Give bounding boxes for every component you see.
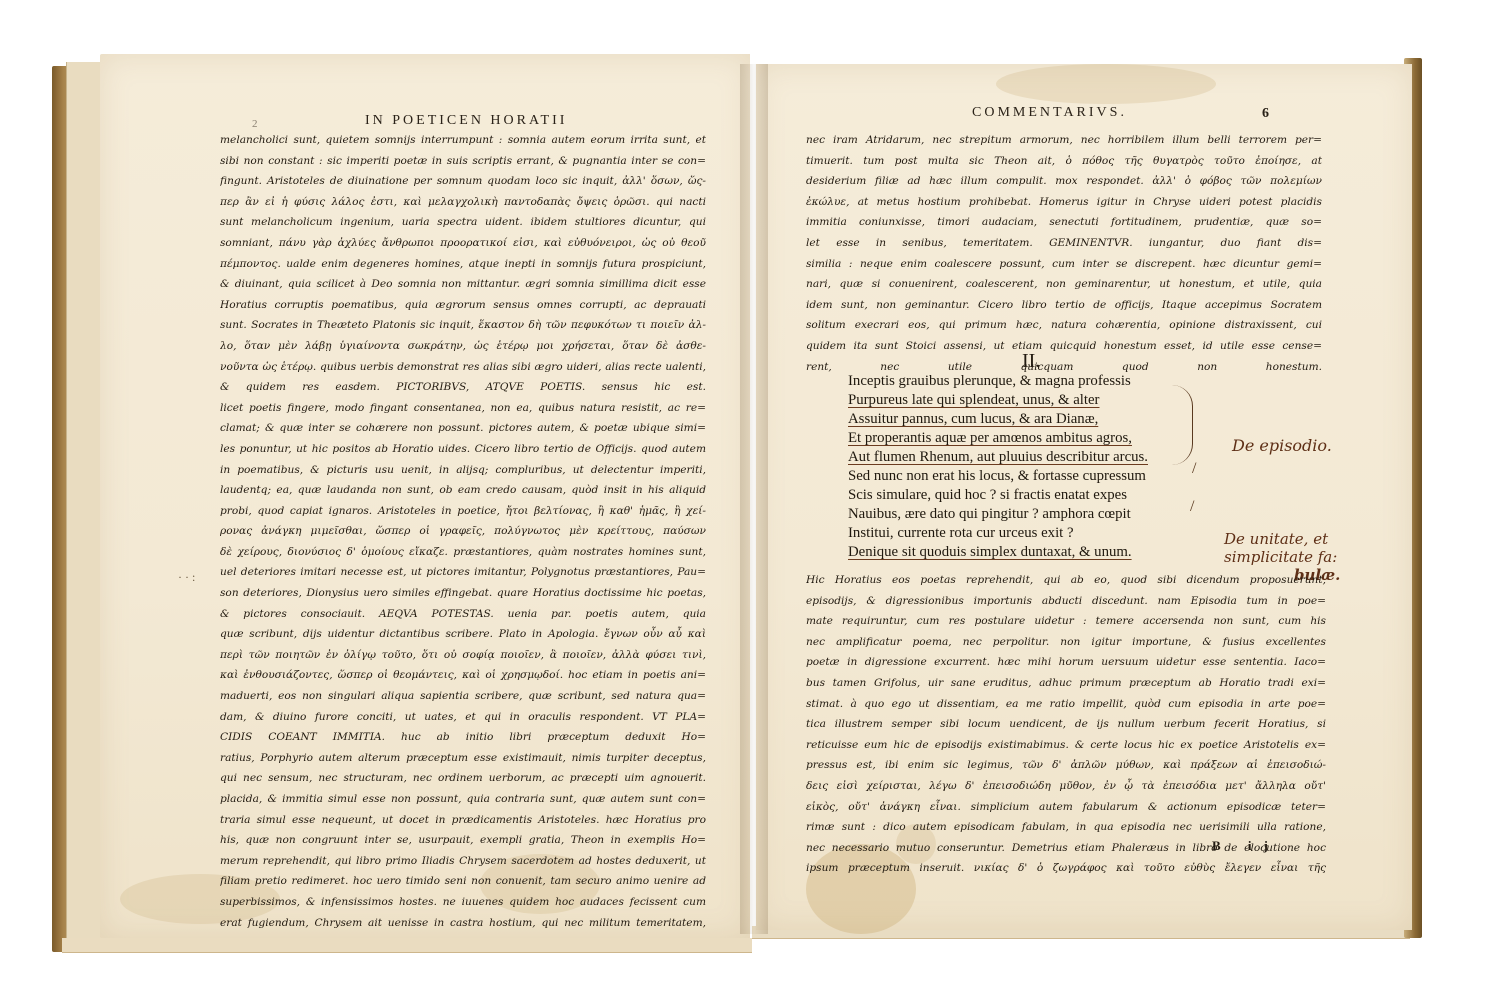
section-number: II.: [1022, 350, 1040, 373]
verse-line: Aut flumen Rhenum, aut pluuius describit…: [848, 448, 1148, 467]
text-line: erat fugiendum, Chrysem ait uenisse in c…: [220, 913, 706, 934]
horace-verse-block: Inceptis grauibus plerunque, & magna pro…: [848, 372, 1148, 562]
text-line: nari, quæ si conuenirent, coalescerent, …: [806, 274, 1322, 295]
manuscript-slash-mark: /: [1192, 460, 1196, 478]
text-line: maduerti, eos non singulari aliqua sapie…: [220, 686, 706, 707]
verse-line: Purpureus late qui splendeat, unus, & al…: [848, 391, 1148, 410]
marginal-note-line: simplicitate fa:: [1224, 548, 1340, 566]
text-line: qui nec sensum, nec structuram, nec ordi…: [220, 768, 706, 789]
text-line: νοῦντα ὡς ἑτέρῳ. quibus uerbis demonstra…: [220, 357, 706, 378]
text-line: laudentq; ea, quæ laudanda non sunt, ob …: [220, 480, 706, 501]
text-line: similia : neque enim coalescere possunt,…: [806, 254, 1322, 275]
signature-mark: B ij: [1212, 838, 1280, 854]
left-running-head: IN POETICEN HORATII: [365, 113, 567, 129]
text-line: dam, & diuino furore conciti, ut uates, …: [220, 707, 706, 728]
text-line: melancholici sunt, quietem somnijs inter…: [220, 130, 706, 151]
left-bottom-leaves: [62, 938, 752, 953]
text-line: in poematibus, & picturis usu uenit, in …: [220, 460, 706, 481]
text-line: πέμποντος. ualde enim degeneres homines,…: [220, 254, 706, 275]
text-line: desiderium filiæ ad hæc illum compulit. …: [806, 171, 1322, 192]
text-line: reticuisse eum hic de episodijs existima…: [806, 735, 1326, 756]
text-line: superbissimos, & infensissimos hostes. n…: [220, 892, 706, 913]
text-line: ratius, Porphyrio autem alterum præceptu…: [220, 748, 706, 769]
text-line: περὶ τῶν ποιητῶν ἐν ὀλίγῳ τοῦτο, ὅτι οὐ …: [220, 645, 706, 666]
text-line: ipsum præceptum inseruit. νικίας δ' ὁ ζω…: [806, 858, 1326, 879]
left-commentary-text: melancholici sunt, quietem somnijs inter…: [220, 130, 706, 933]
text-line: somniant, πάνυ γὰρ ἀχλύες ἄνθρωποι προορ…: [220, 233, 706, 254]
margin-marks: · · :: [178, 570, 195, 585]
text-line: fingunt. Aristoteles de diuinatione per …: [220, 171, 706, 192]
text-line: his, quæ non congruunt inter se, usurpau…: [220, 830, 706, 851]
text-line: nec amplificatur poema, nec perpolitur. …: [806, 632, 1326, 653]
text-line: λο, ὅταν μὲν λάβῃ ὑγιαίνοντα σωκράτην, ὡ…: [220, 336, 706, 357]
text-line: εἰκὸς, οὔτ' ἀνάγκη εἶναι. simplicium aut…: [806, 797, 1326, 818]
water-stain: [996, 64, 1216, 104]
text-line: episodijs, & digressionibus importunis a…: [806, 591, 1326, 612]
marginal-note-line: De unitate, et: [1224, 530, 1340, 548]
text-line: placida, & immitia simul esse non possun…: [220, 789, 706, 810]
text-line: ρονας ἀνάγκη μιμεῖσθαι, ὥσπερ οἱ γραφεῖς…: [220, 521, 706, 542]
text-line: uel deteriores imitari necesse est, ut p…: [220, 562, 706, 583]
left-page-number: 2: [252, 118, 258, 130]
text-line: quidem ita sunt Stoici assensi, ut etiam…: [806, 336, 1322, 357]
text-line: nec iram Atridarum, nec strepitum armoru…: [806, 130, 1322, 151]
right-running-head: COMMENTARIVS.: [972, 105, 1127, 121]
text-line: sunt melancholicum ingenium, uaria spect…: [220, 212, 706, 233]
text-line: Hic Horatius eos poetas reprehendit, qui…: [806, 570, 1326, 591]
text-line: & diuinant, quia scilicet à Deo somnia n…: [220, 274, 706, 295]
manuscript-slash-mark: /: [1190, 498, 1194, 516]
text-line: bus tamen Grifolus, uir sane eruditus, a…: [806, 673, 1326, 694]
verse-line: Et properantis aquæ per amœnos ambitus a…: [848, 429, 1148, 448]
right-folio-number: 6: [1262, 106, 1269, 122]
text-line: les ponuntur, ut hic positos ab Horatio …: [220, 439, 706, 460]
verse-line: Inceptis grauibus plerunque, & magna pro…: [848, 372, 1148, 391]
text-line: pressus est, ibi enim sic legimus, τῶν δ…: [806, 755, 1326, 776]
text-line: son deteriores, Dionysius uero similes e…: [220, 583, 706, 604]
text-line: δεις εἰσὶ χείρισται, λέγω δ' ἐπεισοδιώδη…: [806, 776, 1326, 797]
text-line: δὲ χείρους, διονύσιος δ' ὁμοίους εἴκαζε.…: [220, 542, 706, 563]
marginal-note-episodio: De episodio.: [1232, 436, 1332, 455]
text-line: περ ἂν εἰ ἡ φύσις λάλος ἐστι, καὶ μελαγχ…: [220, 192, 706, 213]
text-line: filiam pretio redimeret. hoc uero timido…: [220, 871, 706, 892]
verse-line: Denique sit quoduis simplex duntaxat, & …: [848, 543, 1148, 562]
text-line: mate requiruntur, cum res postulare uide…: [806, 611, 1326, 632]
text-line: & quidem res easdem. PICTORIBVS, ATQVE P…: [220, 377, 706, 398]
text-line: traria simul esse nequeunt, ut docet in …: [220, 810, 706, 831]
right-commentary-text-bottom: Hic Horatius eos poetas reprehendit, qui…: [806, 570, 1326, 879]
right-commentary-text-top: nec iram Atridarum, nec strepitum armoru…: [806, 130, 1322, 377]
text-line: timuerit. tum post multa sic Theon ait, …: [806, 151, 1322, 172]
verse-line: Nauibus, ære dato qui pingitur ? amphora…: [848, 505, 1148, 524]
text-line: καὶ ἐνθουσιάζοντες, ὥσπερ οἱ θεομάντεις,…: [220, 665, 706, 686]
text-line: sibi non constant : sic imperiti poetæ i…: [220, 151, 706, 172]
verse-line: Institui, currente rota cur urceus exit …: [848, 524, 1148, 543]
text-line: CIDIS COEANT IMMITIA. huc ab initio libr…: [220, 727, 706, 748]
text-line: rimæ sunt : dico autem episodicam fabula…: [806, 817, 1326, 838]
text-line: stimat. à quo ego ut dissentiam, ea me r…: [806, 694, 1326, 715]
text-line: licet poetis fingere, modo fingant conse…: [220, 398, 706, 419]
text-line: merum reprehendit, qui libro primo Iliad…: [220, 851, 706, 872]
text-line: probi, quod capiat ignaros. Aristoteles …: [220, 501, 706, 522]
text-line: clamat; & quæ inter se cohærere non poss…: [220, 418, 706, 439]
text-line: quæ scribunt, dijs uidentur dictantibus …: [220, 624, 706, 645]
text-line: let esse in senibus, temeritatem. GEMINE…: [806, 233, 1322, 254]
text-line: immitia coniunxisse, timori audaciam, se…: [806, 212, 1322, 233]
text-line: poetæ in digressione excurrent. hæc mihi…: [806, 652, 1326, 673]
text-line: solitum execrari eos, qui primum hæc, na…: [806, 315, 1322, 336]
book-gutter: [740, 64, 768, 934]
verse-line: Sed nunc non erat his locus, & fortasse …: [848, 467, 1148, 486]
text-line: tica illustrem semper sibi locum uendice…: [806, 714, 1326, 735]
text-line: idem sunt, non geminantur. Cicero libro …: [806, 295, 1322, 316]
manuscript-bracket: [1172, 385, 1193, 465]
text-line: & pictores consociauit. AEQVA POTESTAS. …: [220, 604, 706, 625]
verse-line: Scis simulare, quid hoc ? si fractis ena…: [848, 486, 1148, 505]
text-line: sunt. Socrates in Theæteto Platonis sic …: [220, 315, 706, 336]
verse-line: Assuitur pannus, cum lucus, & ara Dianæ,: [848, 410, 1148, 429]
text-line: Horatius corruptis poematibus, quia ægro…: [220, 295, 706, 316]
open-book: IN POETICEN HORATII 2 melancholici sunt,…: [0, 0, 1494, 1000]
text-line: ἐκώλυε, at metus hostium prohibebat. Hom…: [806, 192, 1322, 213]
